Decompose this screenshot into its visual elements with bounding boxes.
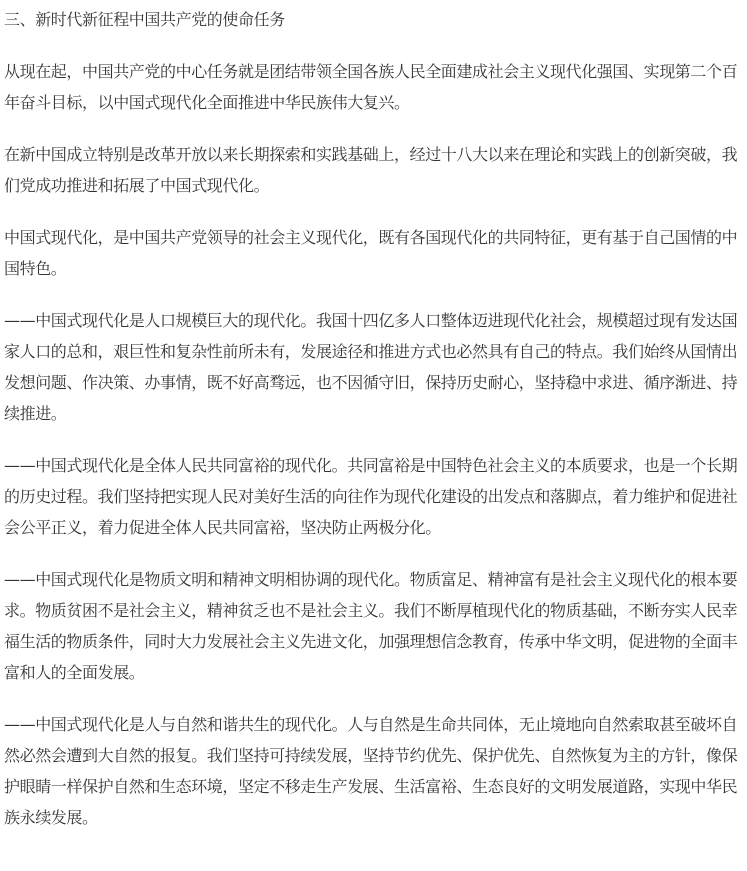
paragraph-harmony-nature: ——中国式现代化是人与自然和谐共生的现代化。人与自然是生命共同体，无止境地向自然… [4, 709, 743, 833]
section-heading: 三、新时代新征程中国共产党的使命任务 [4, 4, 743, 35]
paragraph-central-task: 从现在起，中国共产党的中心任务就是团结带领全国各族人民全面建成社会主义现代化强国… [4, 56, 743, 118]
paragraph-material-spiritual: ——中国式现代化是物质文明和精神文明相协调的现代化。物质富足、精神富有是社会主义… [4, 564, 743, 688]
paragraph-modernization-progress: 在新中国成立特别是改革开放以来长期探索和实践基础上，经过十八大以来在理论和实践上… [4, 139, 743, 201]
paragraph-chinese-modernization-definition: 中国式现代化，是中国共产党领导的社会主义现代化，既有各国现代化的共同特征，更有基… [4, 222, 743, 284]
article-body: 三、新时代新征程中国共产党的使命任务 从现在起，中国共产党的中心任务就是团结带领… [0, 0, 747, 833]
paragraph-huge-population: ——中国式现代化是人口规模巨大的现代化。我国十四亿多人口整体迈进现代化社会，规模… [4, 305, 743, 429]
paragraph-common-prosperity: ——中国式现代化是全体人民共同富裕的现代化。共同富裕是中国特色社会主义的本质要求… [4, 450, 743, 543]
